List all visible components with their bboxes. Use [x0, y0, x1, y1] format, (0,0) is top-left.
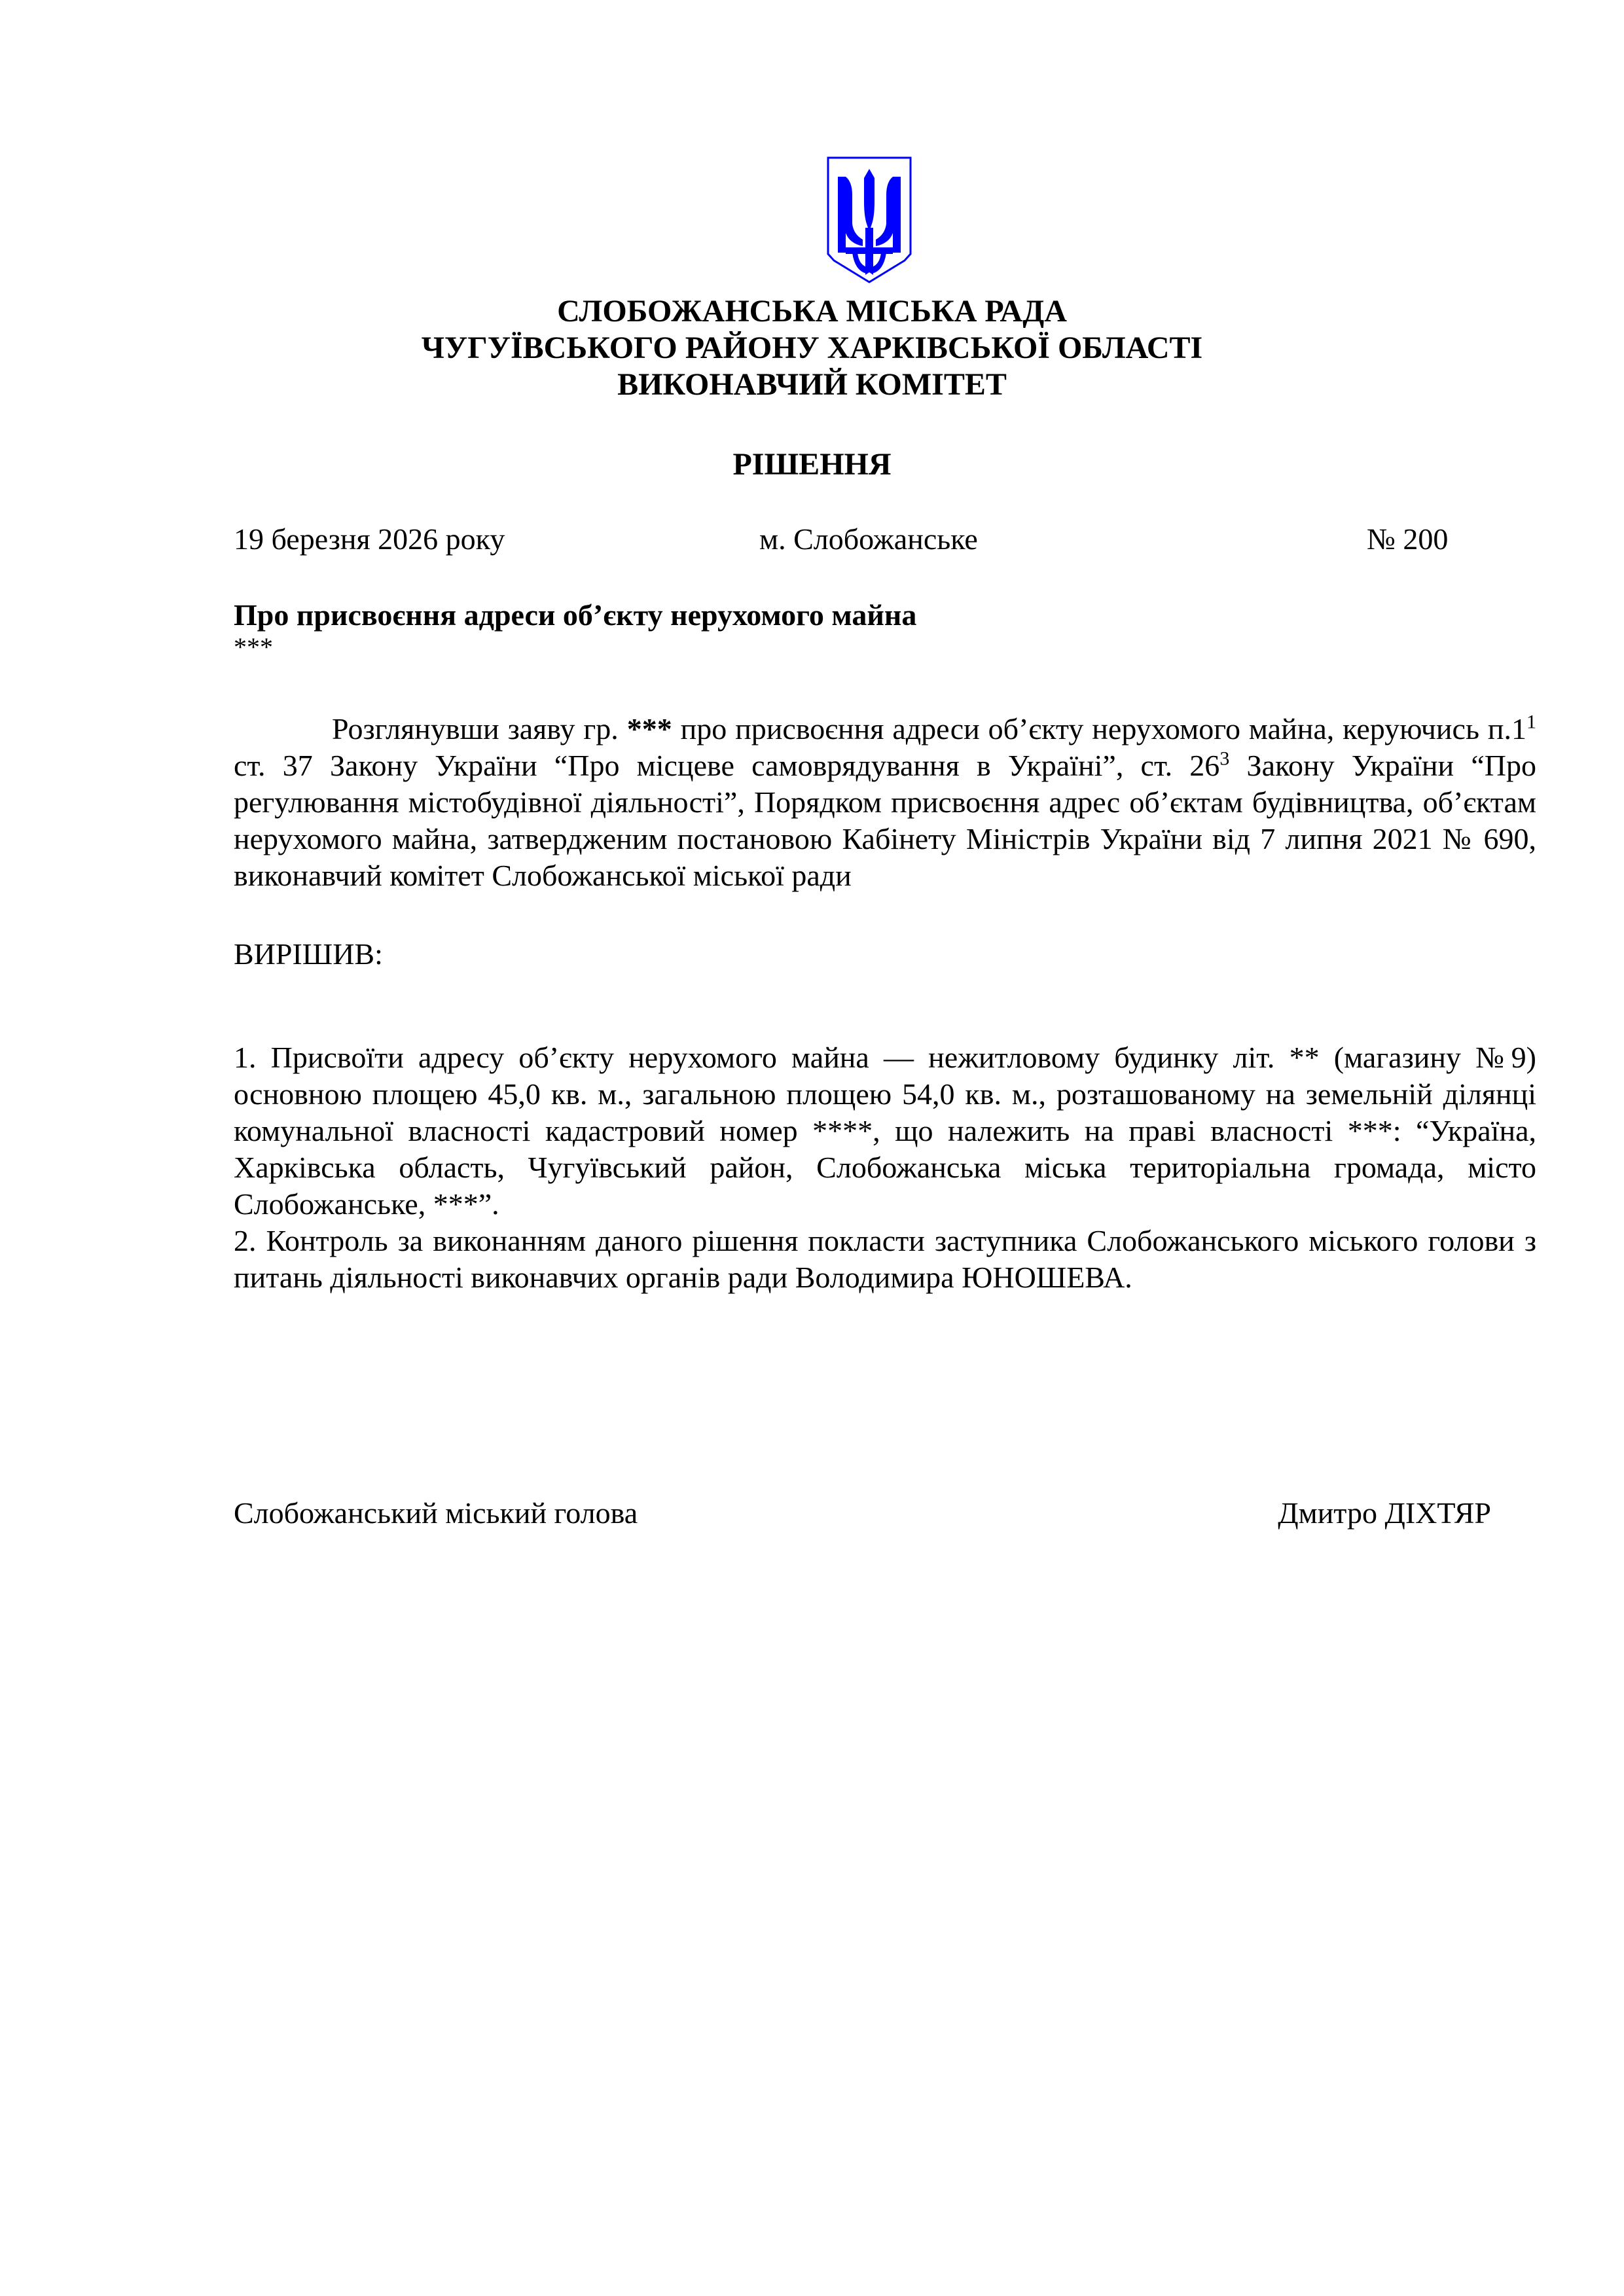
signatory-position: Слобожанський міський голова — [234, 1495, 638, 1532]
preamble-applicant: *** — [627, 712, 672, 745]
superscript: 3 — [1219, 748, 1229, 770]
preamble-text: Розглянувши заяву гр. — [332, 712, 627, 745]
document-page: СЛОБОЖАНСЬКА МІСЬКА РАДА ЧУГУЇВСЬКОГО РА… — [0, 0, 1624, 2296]
decision-date: 19 березня 2026 року — [234, 521, 505, 558]
decision-item-2: 2. Контроль за виконанням даного рішення… — [234, 1223, 1536, 1296]
district-name: ЧУГУЇВСЬКОГО РАЙОНУ ХАРКІВСЬКОЇ ОБЛАСТІ — [0, 330, 1624, 367]
preamble-paragraph: Розглянувши заяву гр. *** про присвоєння… — [234, 711, 1536, 894]
decision-subject: Про присвоєння адреси об’єкту нерухомого… — [234, 597, 916, 634]
decision-place: м. Слобожанське — [759, 521, 978, 558]
decision-number: № 200 — [1367, 521, 1448, 558]
preamble-text: ст. 37 Закону України “Про місцеве самов… — [234, 749, 1219, 782]
council-name: СЛОБОЖАНСЬКА МІСЬКА РАДА — [0, 293, 1624, 330]
signatory-name: Дмитро ДІХТЯР — [1278, 1495, 1491, 1532]
preamble-text: про присвоєння адреси об’єкту нерухомого… — [672, 712, 1526, 745]
committee-name: ВИКОНАВЧИЙ КОМІТЕТ — [0, 367, 1624, 403]
decided-label: ВИРІШИВ: — [234, 936, 383, 973]
subject-applicant: *** — [234, 632, 273, 662]
trident-coat-of-arms-icon — [826, 156, 912, 284]
document-type: РІШЕННЯ — [0, 446, 1624, 483]
superscript: 1 — [1526, 711, 1536, 733]
decision-item-1: 1. Присвоїти адресу об’єкту нерухомого м… — [234, 1039, 1536, 1223]
